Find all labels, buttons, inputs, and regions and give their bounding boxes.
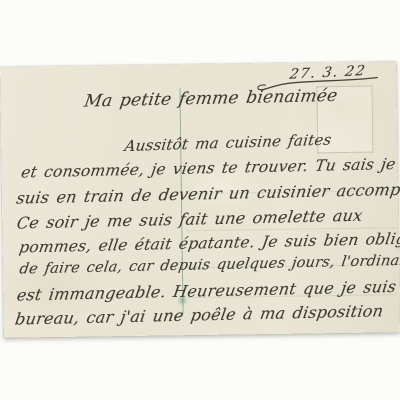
- postcard: 27. 3. 22 Ma petite femme bienaimée Auss…: [0, 61, 400, 338]
- message-line: suis en train de devenir un cuisinier ac…: [15, 180, 400, 208]
- message-line: bureau, car j'ai une poêle à ma disposit…: [14, 301, 385, 329]
- salutation-line: Ma petite femme bienaimée: [83, 86, 339, 112]
- message-line: et consommée, je viens te trouver. Tu sa…: [20, 155, 397, 182]
- scan-background: 27. 3. 22 Ma petite femme bienaimée Auss…: [0, 0, 400, 400]
- message-line: est immangeable. Heureusement que je sui…: [15, 276, 400, 304]
- message-line: pommes, elle était épatante. Je suis bie…: [18, 230, 400, 258]
- message-line: Aussitôt ma cuisine faites: [123, 131, 332, 156]
- message-line: de faire cela, car depuis quelques jours…: [18, 252, 400, 279]
